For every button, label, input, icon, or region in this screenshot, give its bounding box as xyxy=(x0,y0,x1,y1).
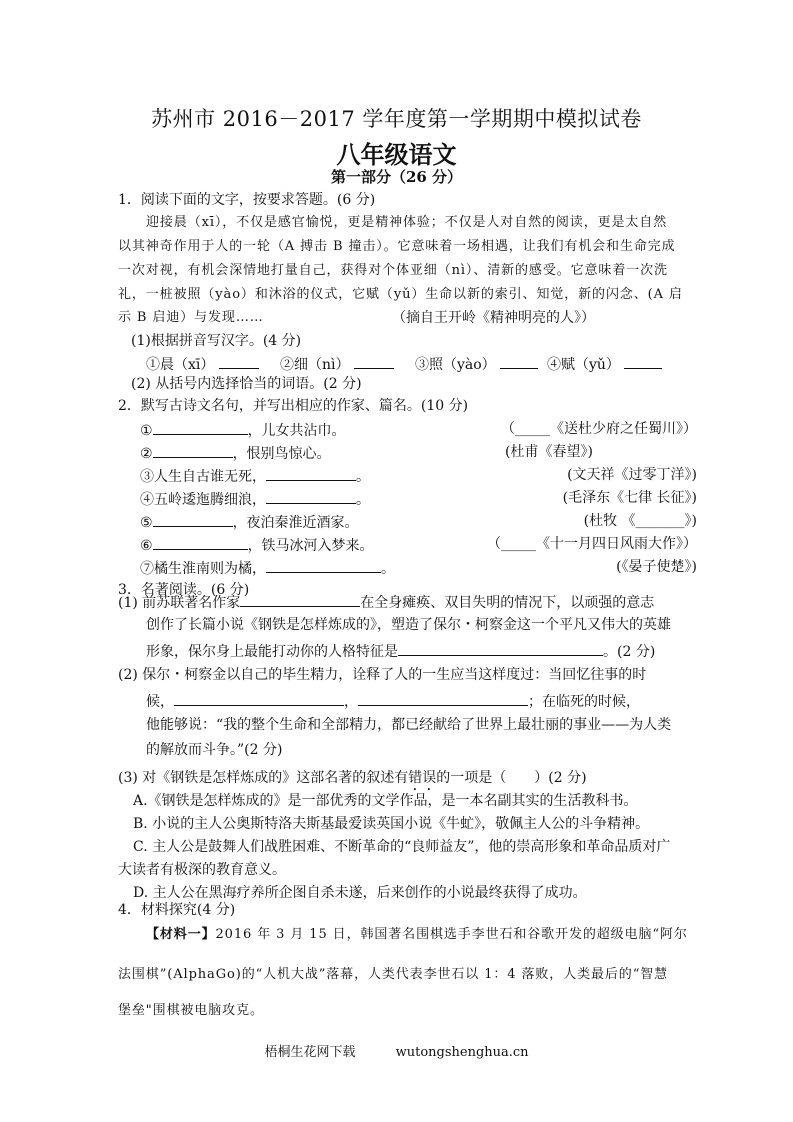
poem-line-2: ②，恨别鸟惊心。 xyxy=(140,443,331,463)
q4-heading: 4．材料探究(4 分) xyxy=(118,901,235,919)
q3-sub1-line2: 创作了长篇小说《钢铁是怎样炼成的》，塑造了保尔・柯察金这一个平凡又伟大的英雄 xyxy=(146,616,671,634)
pinyin-item-1: ①晨（xī） xyxy=(146,354,259,374)
option-a: A.《钢铁是怎样炼成的》是一部优秀的文学作品，是一本名副其实的生活教科书。 xyxy=(133,792,638,810)
answer-blank[interactable] xyxy=(219,354,259,369)
answer-blank[interactable] xyxy=(153,512,233,527)
footer-site-url[interactable]: wutongshenghua.cn xyxy=(396,1045,529,1060)
answer-blank[interactable] xyxy=(174,691,344,706)
option-d: D. 主人公在黑海疗养所企图自杀未遂，后来创作的小说最终获得了成功。 xyxy=(133,884,587,902)
poem-line-5: ⑤，夜泊秦淮近酒家。 xyxy=(140,512,359,532)
answer-blank[interactable] xyxy=(398,641,603,656)
q3-sub2-line1: (2) 保尔・柯察金以自己的毕生精力，诠释了人的一生应当这样度过：当回忆往事的时 xyxy=(118,666,646,684)
option-b: B. 小说的主人公奥斯特洛夫斯基最爱读英国小说《牛虻》，敬佩主人公的斗争精神。 xyxy=(133,815,649,833)
answer-blank[interactable] xyxy=(266,558,381,573)
exam-title: 苏州市 2016－2017 学年度第一学期期中模拟试卷 xyxy=(0,103,793,133)
option-c: C. 主人公是鼓舞人们战胜困难、不断革命的“良师益友”，他的崇高形象和革命品质对… xyxy=(133,838,670,856)
answer-blank[interactable] xyxy=(153,420,248,435)
q3-sub1-line3: 形象，保尔身上最能打动你的人格特征是。(2 分) xyxy=(146,641,655,661)
q3-sub2-line4: 的解放而斗争。”(2 分) xyxy=(146,741,282,759)
answer-blank[interactable] xyxy=(624,354,662,369)
poem-source-7: (《晏子使楚》) xyxy=(616,558,697,576)
answer-blank[interactable] xyxy=(266,489,356,504)
q1-sub2: (2) 从括号内选择恰当的词语。(2 分) xyxy=(131,375,362,393)
poem-source-2: (杜甫《春望》) xyxy=(505,443,593,461)
q2-heading: 2．默写古诗文名句，并写出相应的作家、篇名。(10 分) xyxy=(118,397,468,415)
material-label: 【材料一】 xyxy=(146,927,216,942)
poem-source-4: (毛泽东《七律 长征》) xyxy=(563,489,697,507)
part-heading: 第一部分（26 分） xyxy=(0,166,793,187)
poem-source-6: （_____《十一月四日风雨大作》） xyxy=(487,535,697,553)
material-line-3: 堡垒"围棋被电脑攻克。 xyxy=(118,1002,264,1020)
q1-passage-line: 一次对视，有机会深情地打量自己，获得对个体亚细（nì）、清新的感受。它意味着一次… xyxy=(118,262,668,280)
poem-source-1: （_____《送杜少府之任蜀川》） xyxy=(501,420,697,438)
pinyin-item-3: ③照（yào） xyxy=(415,354,538,374)
answer-blank[interactable] xyxy=(358,691,528,706)
q1-passage-line: 以其神奇作用于人的一轮（A 搏击 B 撞击）。它意味着一场相遇，让我们有机会和生… xyxy=(118,238,676,256)
q3-sub1-line1: (1) 前苏联著名作家在全身瘫痪、双目失明的情况下，以顽强的意志 xyxy=(118,592,654,612)
q1-heading: 1．阅读下面的文字，按要求答题。(6 分) xyxy=(118,191,375,209)
exam-subject: 八年级语文 xyxy=(0,135,793,170)
q1-passage-line: 示 B 启迪）与发现…… xyxy=(118,309,264,327)
poem-line-7: ⑦橘生淮南则为橘，。 xyxy=(140,558,395,578)
poem-source-3: (文天祥《过零丁洋》) xyxy=(567,466,697,484)
answer-blank[interactable] xyxy=(500,354,538,369)
poem-source-5: (杜牧 《_______》) xyxy=(584,512,697,530)
material-line-2: 法围棋”(AlphaGo)的“人机大战”落幕，人类代表李世石以 1：4 落败，人… xyxy=(118,966,668,984)
answer-blank[interactable] xyxy=(153,535,248,550)
poem-line-4: ④五岭逶迤腾细浪，。 xyxy=(140,489,370,509)
q3-sub2-line3: 他能够说：“我的整个生命和全部精力，都已经献给了世界上最壮丽的事业——为人类 xyxy=(146,716,671,734)
q1-source: （摘自王开岭《精神明亮的人》） xyxy=(392,309,595,327)
footer-site-name: 梧桐生花网下载 xyxy=(264,1045,355,1060)
material-line-1: 【材料一】2016 年 3 月 15 日，韩国著名围棋选手李世石和谷歌开发的超级… xyxy=(146,926,688,944)
answer-blank[interactable] xyxy=(354,354,394,369)
option-c-continued: 大读者有极深的教育意义。 xyxy=(118,861,286,879)
poem-line-3: ③人生自古谁无死，。 xyxy=(140,466,370,486)
pinyin-item-2: ②细（nì） xyxy=(280,354,394,374)
page-footer: 梧桐生花网下载 wutongshenghua.cn xyxy=(0,1041,793,1060)
q1-passage-line: 迎接晨（xī），不仅是感官愉悦，更是精神体验；不仅是人对自然的阅读，更是太自然 xyxy=(146,214,667,232)
pinyin-item-4: ④赋（yǔ） xyxy=(547,354,662,374)
poem-line-6: ⑥，铁马冰河入梦来。 xyxy=(140,535,374,555)
answer-blank[interactable] xyxy=(153,443,233,458)
q1-sub1: (1)根据拼音写汉字。(4 分) xyxy=(131,332,301,350)
q3-sub2-line2: 候，，；在临死的时候， xyxy=(146,691,640,711)
q1-passage-line: 礼，一桩被照（yào）和沐浴的仪式，它赋（yǔ）生命以新的索引、知觉，新的闪念、… xyxy=(118,286,683,304)
q3-sub3: (3) 对《钢铁是怎样炼成的》这部名著的叙述有错误的一项是（ ）(2 分) xyxy=(118,769,587,794)
answer-blank[interactable] xyxy=(266,466,356,481)
answer-blank[interactable] xyxy=(240,592,360,607)
poem-line-1: ①，儿女共沾巾。 xyxy=(140,420,346,440)
